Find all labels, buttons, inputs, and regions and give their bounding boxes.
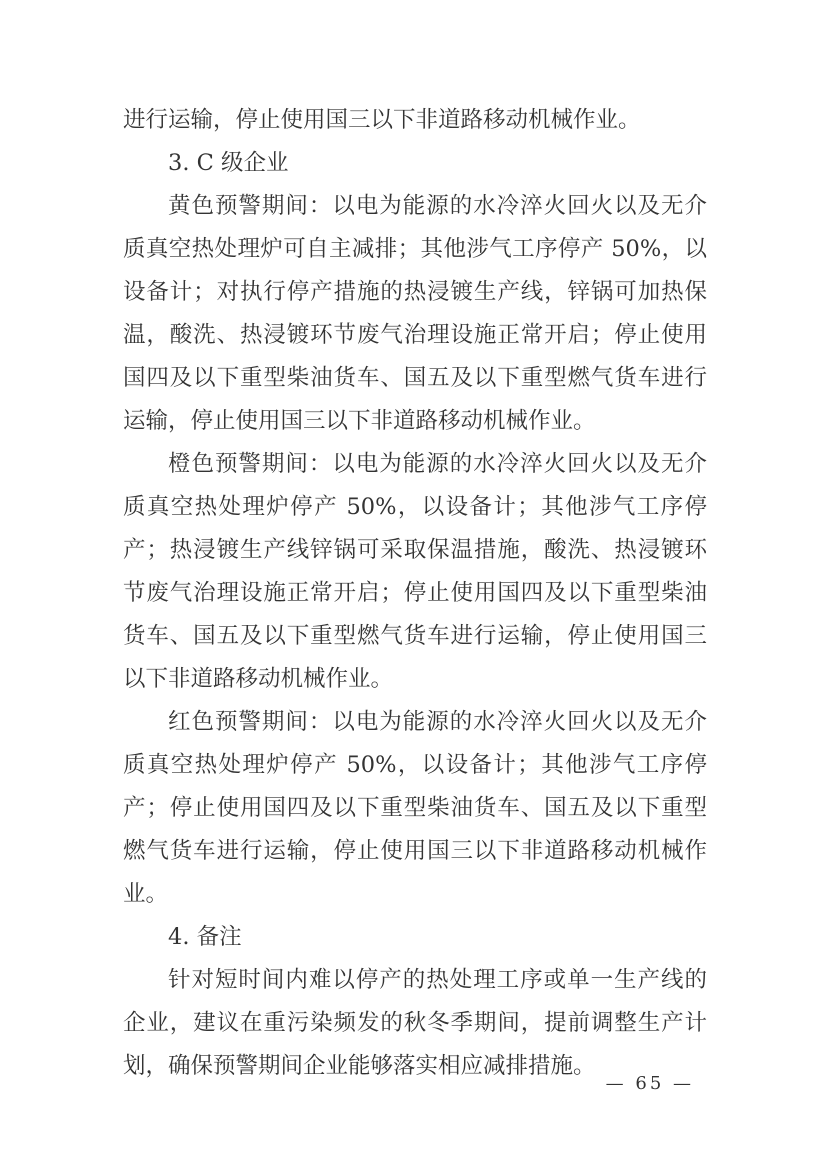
section-heading-remarks: 4. 备注 (123, 916, 707, 959)
paragraph-orange-warning: 橙色预警期间：以电为能源的水冷淬火回火以及无介质真空热处理炉停产 50%，以设备… (123, 443, 707, 701)
page-footer: — 65 — (606, 1072, 694, 1096)
paragraph-red-warning: 红色预警期间：以电为能源的水冷淬火回火以及无介质真空热处理炉停产 50%，以设备… (123, 701, 707, 916)
paragraph-yellow-warning: 黄色预警期间：以电为能源的水冷淬火回火以及无介质真空热处理炉可自主减排；其他涉气… (123, 185, 707, 443)
paragraph-continuation: 进行运输，停止使用国三以下非道路移动机械作业。 (123, 99, 707, 142)
document-page: 进行运输，停止使用国三以下非道路移动机械作业。 3. C 级企业 黄色预警期间：… (0, 0, 826, 1169)
section-heading-c-enterprises: 3. C 级企业 (123, 142, 707, 185)
paragraph-remarks: 针对短时间内难以停产的热处理工序或单一生产线的企业，建议在重污染频发的秋冬季期间… (123, 959, 707, 1088)
page-body: 进行运输，停止使用国三以下非道路移动机械作业。 3. C 级企业 黄色预警期间：… (123, 99, 707, 1088)
page-number: — 65 — (606, 1073, 694, 1094)
